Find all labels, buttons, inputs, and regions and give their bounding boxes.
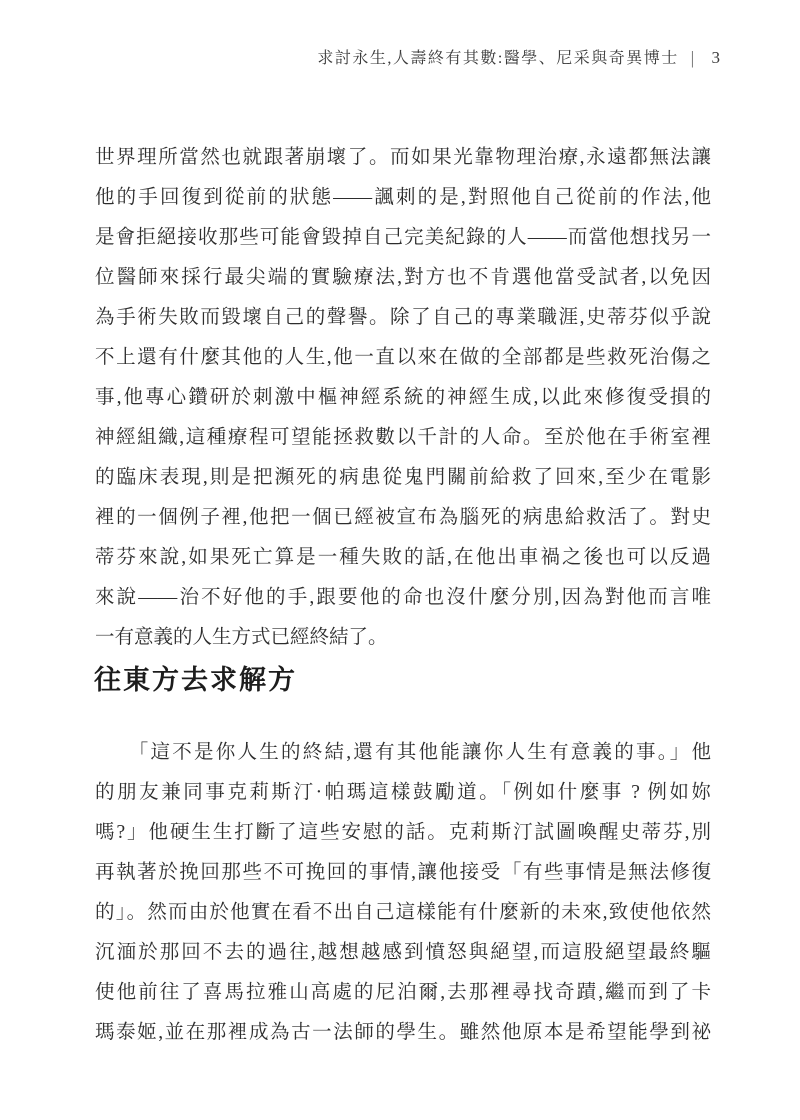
- text-line: 是會拒絕接收那些可能會毀掉自己完美紀錄的人——而當他想找另一: [95, 218, 711, 258]
- text-line: 事,他專心鑽研於刺激中樞神經系統的神經生成,以此來修復受損的: [95, 378, 711, 418]
- text-line: 「這不是你人生的終結,還有其他能讓你人生有意義的事。」他: [95, 733, 711, 773]
- text-line: 瑪泰姬,並在那裡成為古一法師的學生。雖然他原本是希望能學到祕: [95, 1013, 711, 1053]
- text-line: 的」。然而由於他實在看不出自己這樣能有什麼新的未來,致使他依然: [95, 893, 711, 933]
- running-header: 求討永生,人壽終有其數:醫學、尼采與奇異博士|3: [95, 46, 720, 71]
- text-line: 的朋友兼同事克莉斯汀·帕瑪這樣鼓勵道。「例如什麼事 ? 例如妳: [95, 773, 711, 813]
- text-line: 的臨床表現,則是把瀕死的病患從鬼門關前給救了回來,至少在電影: [95, 458, 711, 498]
- text-line: 使他前往了喜馬拉雅山高處的尼泊爾,去那裡尋找奇蹟,繼而到了卡: [95, 973, 711, 1013]
- text-line: 沉湎於那回不去的過往,越想越感到憤怒與絕望,而這股絕望最終驅: [95, 933, 711, 973]
- body-paragraph-1: 世界理所當然也就跟著崩壞了。而如果光靠物理治療,永遠都無法讓他的手回復到從前的狀…: [95, 138, 711, 658]
- page-number: 3: [712, 48, 721, 67]
- text-line: 位醫師來採行最尖端的實驗療法,對方也不肯選他當受試者,以免因: [95, 258, 711, 298]
- text-line: 蒂芬來說,如果死亡算是一種失敗的話,在他出車禍之後也可以反過: [95, 538, 711, 578]
- running-title: 求討永生,人壽終有其數:醫學、尼采與奇異博士: [317, 50, 678, 67]
- text-line: 他的手回復到從前的狀態——諷刺的是,對照他自己從前的作法,他: [95, 178, 711, 218]
- text-line: 不上還有什麼其他的人生,他一直以來在做的全部都是些救死治傷之: [95, 338, 711, 378]
- section-heading: 往東方去求解方: [94, 660, 297, 700]
- header-separator: |: [691, 46, 696, 72]
- text-line: 為手術失敗而毀壞自己的聲譽。除了自己的專業職涯,史蒂芬似乎說: [95, 298, 711, 338]
- text-line: 神經組織,這種療程可望能拯救數以千計的人命。至於他在手術室裡: [95, 418, 711, 458]
- book-page: 求討永生,人壽終有其數:醫學、尼采與奇異博士|3 世界理所當然也就跟著崩壞了。而…: [0, 0, 800, 1120]
- text-line: 嗎?」他硬生生打斷了這些安慰的話。克莉斯汀試圖喚醒史蒂芬,別: [95, 813, 711, 853]
- text-line: 一有意義的人生方式已經終結了。: [95, 618, 711, 658]
- body-paragraph-2: 「這不是你人生的終結,還有其他能讓你人生有意義的事。」他的朋友兼同事克莉斯汀·帕…: [95, 733, 711, 1053]
- text-line: 來說——治不好他的手,跟要他的命也沒什麼分別,因為對他而言唯: [95, 578, 711, 618]
- text-line: 裡的一個例子裡,他把一個已經被宣布為腦死的病患給救活了。對史: [95, 498, 711, 538]
- text-line: 再執著於挽回那些不可挽回的事情,讓他接受「有些事情是無法修復: [95, 853, 711, 893]
- text-line: 世界理所當然也就跟著崩壞了。而如果光靠物理治療,永遠都無法讓: [95, 138, 711, 178]
